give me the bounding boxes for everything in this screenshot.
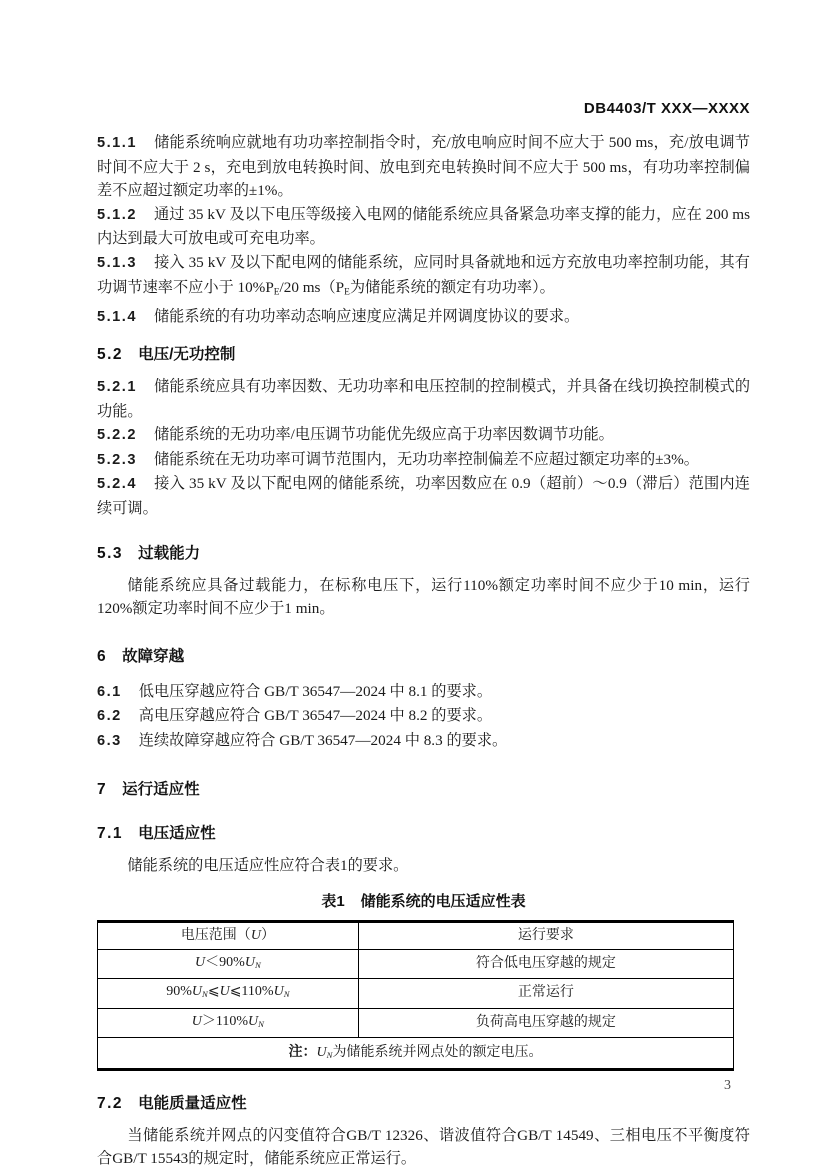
table-row: 90%UN⩽U⩽110%UN 正常运行 [98,979,734,1008]
clause-5-2-3: 5.2.3储能系统在无功功率可调节范围内，无功功率控制偏差不应超过额定功率的±3… [97,448,750,473]
clause-5-1-3: 5.1.3接入 35 kV 及以下配电网的储能系统，应同时具备就地和远方充放电功… [97,251,750,305]
clause-5-2-2: 5.2.2储能系统的无功功率/电压调节功能优先级应高于功率因数调节功能。 [97,423,750,448]
clause-number: 5.2.1 [97,379,137,395]
clause-text: 储能系统在无功功率可调节范围内，无功功率控制偏差不应超过额定功率的±3%。 [154,451,699,468]
heading-7: 7运行适应性 [97,778,750,801]
doc-code-header: DB4403/T XXX—XXXX [97,100,750,117]
clause-number: 5.1.3 [97,255,137,271]
table-caption-title: 储能系统的电压适应性表 [361,893,526,910]
clause-5-2-4: 5.2.4接入 35 kV 及以下配电网的储能系统，功率因数应在 0.9（超前）… [97,472,750,520]
table-caption: 表1储能系统的电压适应性表 [97,890,750,911]
paragraph-7-2: 当储能系统并网点的闪变值符合GB/T 12326、谐波值符合GB/T 14549… [97,1124,750,1170]
page-number: 3 [724,1078,731,1094]
cell-requirement: 正常运行 [358,979,733,1008]
clause-text: 储能系统的有功功率动态响应速度应满足并网调度协议的要求。 [154,308,579,325]
heading-title: 电压/无功控制 [138,346,235,363]
clause-text: 高电压穿越应符合 GB/T 36547—2024 中 8.2 的要求。 [139,707,492,724]
paragraph-7-1: 储能系统的电压适应性应符合表1的要求。 [97,854,750,878]
cell-voltage-range: U＞110%UN [98,1008,359,1037]
heading-title: 故障穿越 [122,648,184,665]
heading-number: 7 [97,781,107,798]
heading-title: 过载能力 [138,545,200,562]
clause-text: 通过 35 kV 及以下电压等级接入电网的储能系统应具备紧急功率支撑的能力，应在… [97,206,750,248]
clause-text: 接入 35 kV 及以下配电网的储能系统，应同时具备就地和远方充放电功率控制功能… [97,254,750,296]
table-header-row: 电压范围（U） 运行要求 [98,922,734,950]
clause-5-1-4: 5.1.4储能系统的有功功率动态响应速度应满足并网调度协议的要求。 [97,305,750,330]
clause-5-1-2: 5.1.2通过 35 kV 及以下电压等级接入电网的储能系统应具备紧急功率支撑的… [97,203,750,251]
clause-number: 5.2.2 [97,427,137,443]
cell-requirement: 负荷高电压穿越的规定 [358,1008,733,1037]
heading-number: 5.2 [97,346,123,363]
clause-text: 低电压穿越应符合 GB/T 36547—2024 中 8.1 的要求。 [139,683,492,700]
clause-6-1: 6.1低电压穿越应符合 GB/T 36547—2024 中 8.1 的要求。 [97,680,750,705]
heading-7-1: 7.1电压适应性 [97,822,750,845]
clause-text: 储能系统响应就地有功功率控制指令时，充/放电响应时间不应大于 500 ms，充/… [97,134,750,199]
clause-number: 6.3 [97,733,122,749]
table-note-row: 注：UN为储能系统并网点处的额定电压。 [98,1037,734,1069]
cell-requirement: 符合低电压穿越的规定 [358,950,733,979]
clause-number: 5.1.4 [97,309,137,325]
table-row: U＞110%UN 负荷高电压穿越的规定 [98,1008,734,1037]
clause-number: 5.2.4 [97,476,137,492]
voltage-adaptability-table: 电压范围（U） 运行要求 U＜90%UN 符合低电压穿越的规定 90%UN⩽U⩽… [97,920,734,1071]
clause-6-2: 6.2高电压穿越应符合 GB/T 36547—2024 中 8.2 的要求。 [97,704,750,729]
page-content: DB4403/T XXX—XXXX 5.1.1储能系统响应就地有功功率控制指令时… [97,100,750,1170]
table-header-operation-requirement: 运行要求 [358,922,733,950]
heading-7-2: 7.2电能质量适应性 [97,1092,750,1115]
heading-number: 5.3 [97,545,123,562]
heading-5-2: 5.2电压/无功控制 [97,343,750,366]
cell-voltage-range: U＜90%UN [98,950,359,979]
heading-5-3: 5.3过载能力 [97,542,750,565]
heading-number: 7.2 [97,1095,123,1112]
table-note: 注：UN为储能系统并网点处的额定电压。 [98,1037,734,1069]
paragraph-5-3: 储能系统应具备过载能力，在标称电压下，运行110%额定功率时间不应少于10 mi… [97,574,750,621]
heading-number: 7.1 [97,825,123,842]
clause-text: 连续故障穿越应符合 GB/T 36547—2024 中 8.3 的要求。 [139,732,507,749]
clause-number: 5.2.3 [97,452,137,468]
clause-number: 5.1.2 [97,207,137,223]
clause-number: 6.1 [97,684,122,700]
clause-5-2-1: 5.2.1储能系统应具有功率因数、无功功率和电压控制的控制模式，并具备在线切换控… [97,375,750,423]
document-page: DB4403/T XXX—XXXX 5.1.1储能系统响应就地有功功率控制指令时… [0,0,827,1170]
heading-title: 电压适应性 [138,825,216,842]
heading-title: 运行适应性 [122,781,200,798]
table-header-voltage-range: 电压范围（U） [98,922,359,950]
clause-text: 接入 35 kV 及以下配电网的储能系统，功率因数应在 0.9（超前）～0.9（… [97,475,750,517]
heading-title: 电能质量适应性 [138,1095,247,1112]
clause-6-3: 6.3连续故障穿越应符合 GB/T 36547—2024 中 8.3 的要求。 [97,729,750,754]
table-caption-label: 表1 [321,893,344,910]
table-row: U＜90%UN 符合低电压穿越的规定 [98,950,734,979]
clause-5-1-1: 5.1.1储能系统响应就地有功功率控制指令时，充/放电响应时间不应大于 500 … [97,131,750,203]
heading-number: 6 [97,648,107,665]
clause-number: 6.2 [97,708,122,724]
cell-voltage-range: 90%UN⩽U⩽110%UN [98,979,359,1008]
clause-number: 5.1.1 [97,135,137,151]
clause-text: 储能系统的无功功率/电压调节功能优先级应高于功率因数调节功能。 [154,426,614,443]
heading-6: 6故障穿越 [97,645,750,668]
clause-text: 储能系统应具有功率因数、无功功率和电压控制的控制模式，并具备在线切换控制模式的功… [97,378,750,420]
